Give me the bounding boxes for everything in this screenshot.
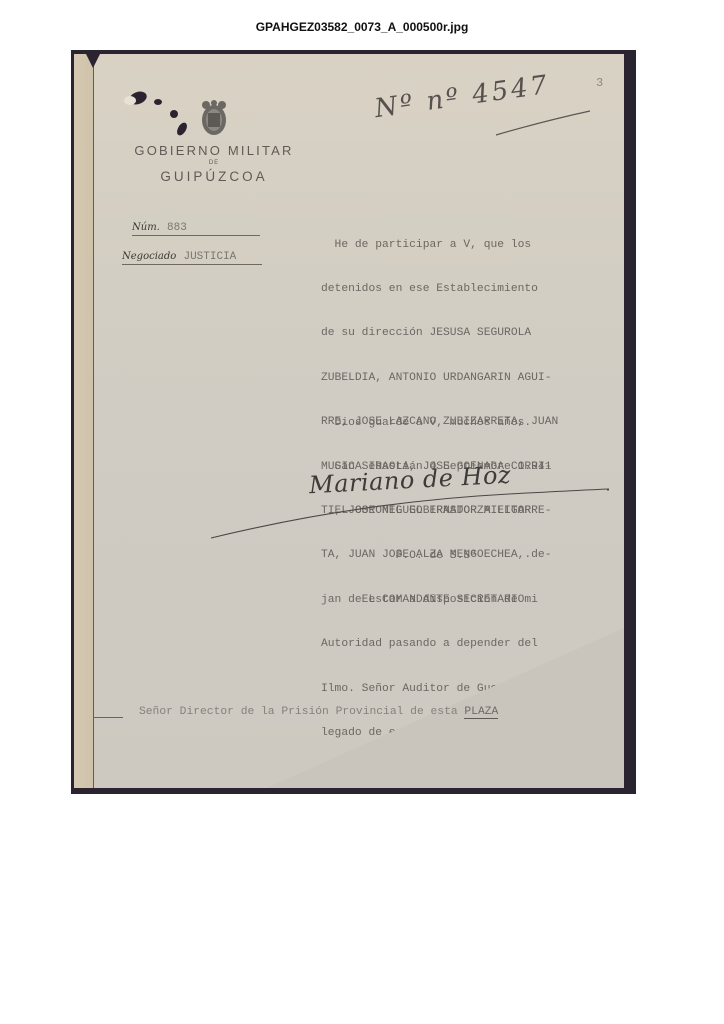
addressee-plaza: PLAZA [464, 706, 498, 719]
letterhead-line1: GOBIERNO MILITAR [114, 143, 314, 158]
closing-title2: P.O. de S.Sª [321, 549, 621, 564]
coat-of-arms-icon [199, 99, 229, 137]
letterhead-line3: GUIPÚZCOA [114, 169, 314, 184]
body-line: He de participar a V, que los [321, 238, 621, 253]
num-field: Núm. 883 [132, 222, 260, 236]
left-binding-strip [74, 54, 94, 788]
scanned-document: GOBIERNO MILITAR DE GUIPÚZCOA Núm. 883 N… [71, 50, 636, 794]
handwritten-underline [494, 109, 594, 139]
letterhead-line2: DE [114, 160, 314, 166]
letterhead: GOBIERNO MILITAR DE GUIPÚZCOA [114, 99, 314, 184]
negociado-label: Negociado [122, 251, 176, 262]
file-title: GPAHGEZ03582_0073_A_000500r.jpg [0, 20, 724, 34]
negociado-field: Negociado JUSTICIA [122, 251, 262, 265]
margin-tick-mark [93, 717, 123, 718]
body-line: detenidos en ese Establecimiento [321, 282, 621, 297]
num-label: Núm. [132, 222, 160, 233]
addressee-text: Señor Director de la Prisión Provincial … [139, 706, 464, 718]
page-number: 3 [596, 76, 603, 90]
paper-sheet: GOBIERNO MILITAR DE GUIPÚZCOA Núm. 883 N… [74, 54, 624, 788]
closing-title3: EL COMANDANTE SECRETARIO [321, 593, 621, 608]
num-value: 883 [167, 222, 187, 234]
signature-flourish [209, 472, 609, 542]
body-line: de su dirección JESUSA SEGUROLA [321, 326, 621, 341]
body-line: ZUBELDIA, ANTONIO URDANGARIN AGUI- [321, 371, 621, 386]
closing-greeting: Dios guarde a V, muchos años. [321, 416, 621, 431]
addressee-line: Señor Director de la Prisión Provincial … [139, 706, 498, 718]
negociado-value: JUSTICIA [183, 251, 236, 263]
top-notch [86, 54, 100, 68]
